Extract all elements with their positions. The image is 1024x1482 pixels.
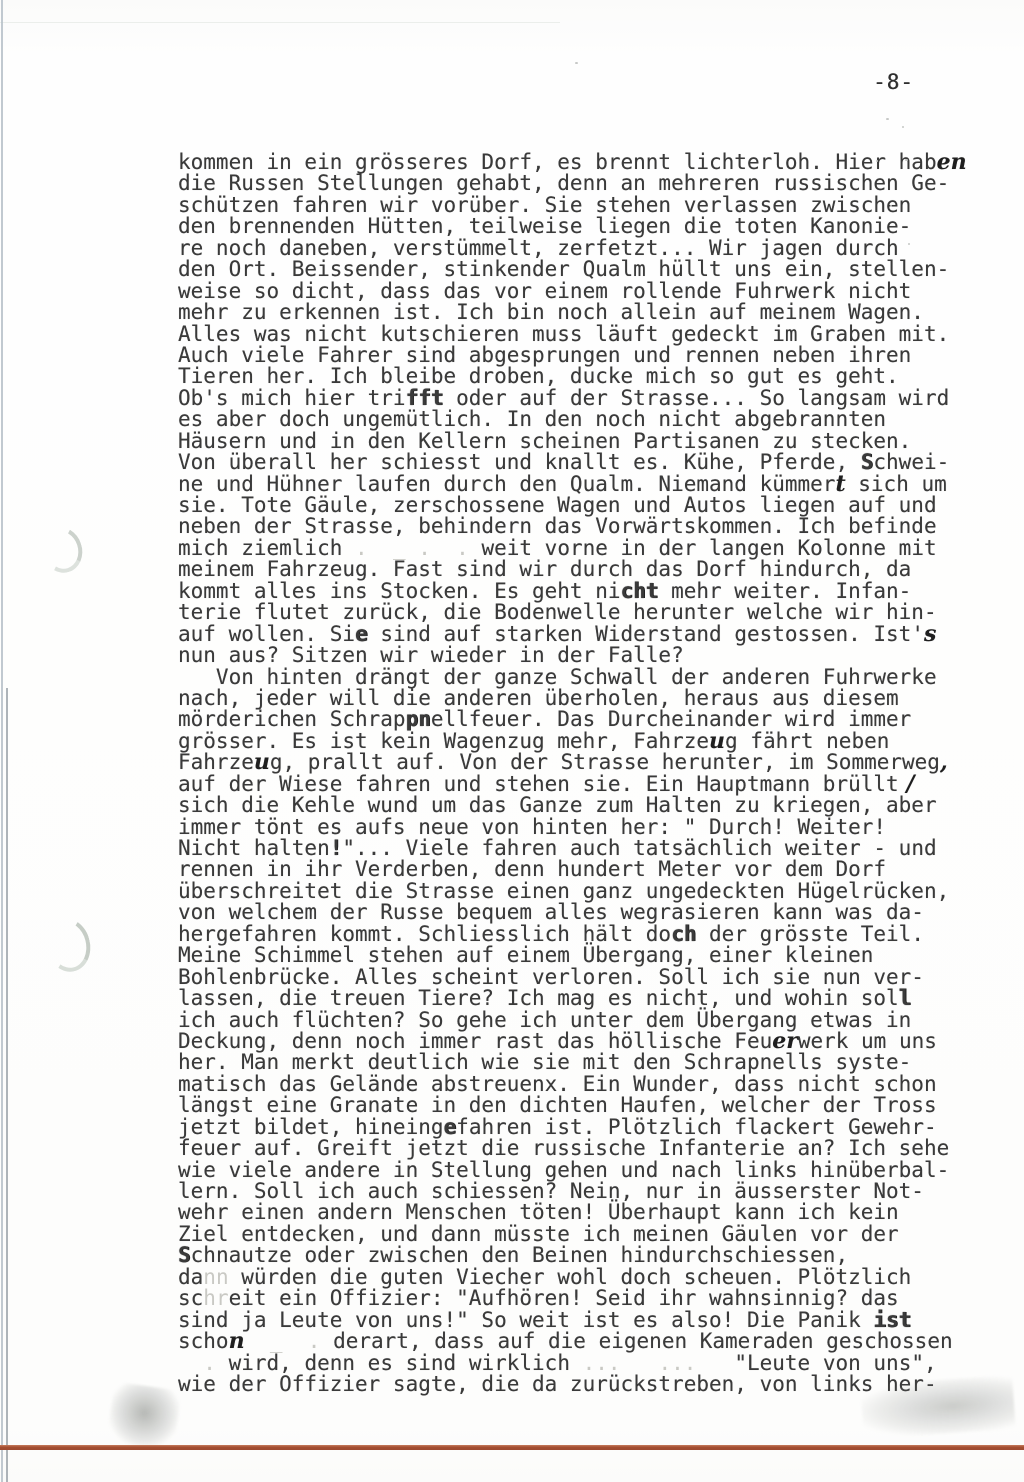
text-line: mörderichen Schrappnellfeuer. Das Durche… <box>178 709 990 730</box>
text-line: ich auch flüchten? So gehe ich unter dem… <box>178 1010 990 1031</box>
text-line: wie viele andere in Stellung gehen und n… <box>178 1160 990 1181</box>
text-line: schon _ . derart, dass auf die eigenen K… <box>178 1331 990 1352</box>
text-line: Häusern und in den Kellern scheinen Part… <box>178 431 990 452</box>
text-line: auf wollen. Sie sind auf starken Widerst… <box>178 624 990 645</box>
text-line: die Russen Stellungen gehabt, denn an me… <box>178 173 990 194</box>
text-line: terie flutet zurück, die Bodenwelle heru… <box>178 602 990 623</box>
text-line: kommen in ein grösseres Dorf, es brennt … <box>178 152 990 173</box>
text-line: von welchem der Russe bequem alles wegra… <box>178 902 990 923</box>
text-line: mehr zu erkennen ist. Ich bin noch allei… <box>178 302 990 323</box>
text-line: Von hinten drängt der ganze Schwall der … <box>178 667 990 688</box>
text-line: ne und Hühner laufen durch den Qualm. Ni… <box>178 474 990 495</box>
scan-speck <box>886 118 889 120</box>
scan-speck <box>876 160 878 162</box>
text-line: Nicht halten!"... Viele fahren auch tats… <box>178 838 990 859</box>
text-line: Ziel entdecken, und dann müsste ich mein… <box>178 1224 990 1245</box>
scan-speck <box>575 62 578 64</box>
text-line: feuer auf. Greift jetzt die russische In… <box>178 1138 990 1159</box>
scan-artifact-top-line <box>0 22 560 23</box>
text-line: re noch daneben, verstümmelt, zerfetzt..… <box>178 238 990 259</box>
text-line: neben der Strasse, behindern das Vorwärt… <box>178 516 990 537</box>
typewritten-text: kommen in ein grösseres Dorf, es brennt … <box>178 152 990 1395</box>
smudge-bottom-left <box>106 1382 182 1451</box>
text-line: Meine Schimmel stehen auf einem Übergang… <box>178 945 990 966</box>
text-line: jetzt bildet, hineingefahren ist. Plötzl… <box>178 1117 990 1138</box>
text-line: Ob's mich hier trifft oder auf der Stras… <box>178 388 990 409</box>
text-line: mich ziemlich . _ . . weit vorne in der … <box>178 538 990 559</box>
text-line: rennen in ihr Verderben, denn hundert Me… <box>178 859 990 880</box>
text-line: Von überall her schiesst und knallt es. … <box>178 452 990 473</box>
text-line: schützen fahren wir vorüber. Sie stehen … <box>178 195 990 216</box>
text-line: schreit ein Offizier: "Aufhören! Seid ih… <box>178 1288 990 1309</box>
bottom-accent-line <box>0 1445 1024 1450</box>
text-line: Alles was nicht kutschieren muss läuft g… <box>178 324 990 345</box>
smudge-bottom-right <box>860 1375 1015 1439</box>
scan-speck <box>890 205 892 207</box>
text-line: hergefahren kommt. Schliesslich hält doc… <box>178 924 990 945</box>
text-line: nach, jeder will die anderen überholen, … <box>178 688 990 709</box>
scan-speck <box>905 159 908 161</box>
scan-speck <box>908 243 910 245</box>
scan-speck <box>902 126 904 128</box>
text-line: dann würden die guten Viecher wohl doch … <box>178 1267 990 1288</box>
scan-edge-line-dark <box>6 688 8 1482</box>
page-number: -8- <box>873 70 914 94</box>
scanned-page: -8- kommen in ein grösseres Dorf, es bre… <box>0 0 1024 1482</box>
text-line: . wird, denn es sind wirklich ... ... "L… <box>178 1353 990 1374</box>
text-line: meinem Fahrzeug. Fast sind wir durch das… <box>178 559 990 580</box>
text-line: wehr einen andern Menschen töten! Überha… <box>178 1202 990 1223</box>
text-line: auf der Wiese fahren und stehen sie. Ein… <box>178 774 990 795</box>
text-line: Fahrzeug, prallt auf. Von der Strasse he… <box>178 752 990 773</box>
text-line: lassen, die treuen Tiere? Ich mag es nic… <box>178 988 990 1009</box>
text-line: Bohlenbrücke. Alles scheint verloren. So… <box>178 967 990 988</box>
text-line: den brennenden Hütten, teilweise liegen … <box>178 216 990 237</box>
text-line: sich die Kehle wund um das Ganze zum Hal… <box>178 795 990 816</box>
text-line: es aber doch ungemütlich. In den noch ni… <box>178 409 990 430</box>
text-line: her. Man merkt deutlich wie sie mit den … <box>178 1052 990 1073</box>
punch-hole-bottom <box>40 913 96 976</box>
text-line: Auch viele Fahrer sind abgesprungen und … <box>178 345 990 366</box>
text-line: Tieren her. Ich bleibe droben, ducke mic… <box>178 366 990 387</box>
text-line: Deckung, denn noch immer rast das höllis… <box>178 1031 990 1052</box>
text-line: sie. Tote Gäule, zerschossene Wagen und … <box>178 495 990 516</box>
text-line: sind ja Leute von uns!" So weit ist es a… <box>178 1310 990 1331</box>
text-line: den Ort. Beissender, stinkender Qualm hü… <box>178 259 990 280</box>
text-line: matisch das Gelände abstreuenx. Ein Wund… <box>178 1074 990 1095</box>
text-line: weise so dicht, dass das vor einem rolle… <box>178 281 990 302</box>
scan-edge-line <box>1 0 3 1482</box>
text-line: längst eine Granate in den dichten Haufe… <box>178 1095 990 1116</box>
text-line: Schnautze oder zwischen den Beinen hindu… <box>178 1245 990 1266</box>
text-line: kommt alles ins Stocken. Es geht nicht m… <box>178 581 990 602</box>
text-line: überschreitet die Strasse einen ganz ung… <box>178 881 990 902</box>
text-line: nun aus? Sitzen wir wieder in der Falle? <box>178 645 990 666</box>
text-line: immer tönt es aufs neue von hinten her: … <box>178 817 990 838</box>
punch-hole-top <box>36 522 88 578</box>
